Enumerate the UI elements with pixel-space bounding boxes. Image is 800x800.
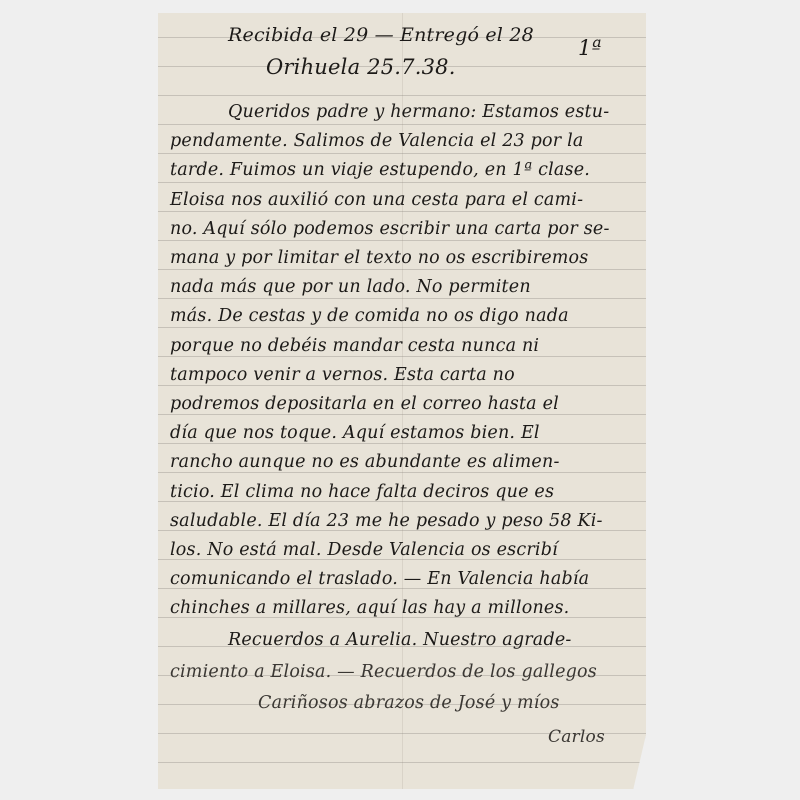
- closing-line: Recuerdos a Aurelia. Nuestro agrade-: [228, 630, 572, 650]
- body-line: comunicando el traslado. — En Valencia h…: [170, 569, 589, 589]
- closing-line: Cariñosos abrazos de José y míos: [258, 693, 560, 713]
- body-line: mana y por limitar el texto no os escrib…: [170, 248, 588, 268]
- received-delivered-note: Recibida el 29 — Entregó el 28: [228, 24, 534, 46]
- body-line: porque no debéis mandar cesta nunca ni: [170, 336, 539, 356]
- body-line: podremos depositarla en el correo hasta …: [170, 394, 559, 414]
- body-line: ticio. El clima no hace falta deciros qu…: [170, 482, 554, 502]
- body-line: rancho aunque no es abundante es alimen-: [170, 452, 560, 472]
- body-line: más. De cestas y de comida no os digo na…: [170, 306, 569, 326]
- body-line: pendamente. Salimos de Valencia el 23 po…: [170, 131, 584, 151]
- body-line: tarde. Fuimos un viaje estupendo, en 1ª …: [170, 160, 590, 180]
- body-line: chinches a millares, aquí las hay a mill…: [170, 598, 569, 618]
- place-date: Orihuela 25.7.38.: [266, 55, 456, 79]
- body-line: Queridos padre y hermano: Estamos estu-: [228, 102, 609, 122]
- closing-line: cimiento a Eloisa. — Recuerdos de los ga…: [170, 662, 597, 682]
- signature: Carlos: [548, 727, 605, 747]
- body-line: tampoco venir a vernos. Esta carta no: [170, 365, 515, 385]
- body-line: día que nos toque. Aquí estamos bien. El: [170, 423, 540, 443]
- page-number: 1ª: [578, 36, 602, 60]
- body-line: no. Aquí sólo podemos escribir una carta…: [170, 219, 610, 239]
- body-line: saludable. El día 23 me he pesado y peso…: [170, 511, 603, 531]
- body-line: los. No está mal. Desde Valencia os escr…: [170, 540, 558, 560]
- body-line: Eloisa nos auxilió con una cesta para el…: [170, 190, 583, 210]
- body-line: nada más que por un lado. No permiten: [170, 277, 531, 297]
